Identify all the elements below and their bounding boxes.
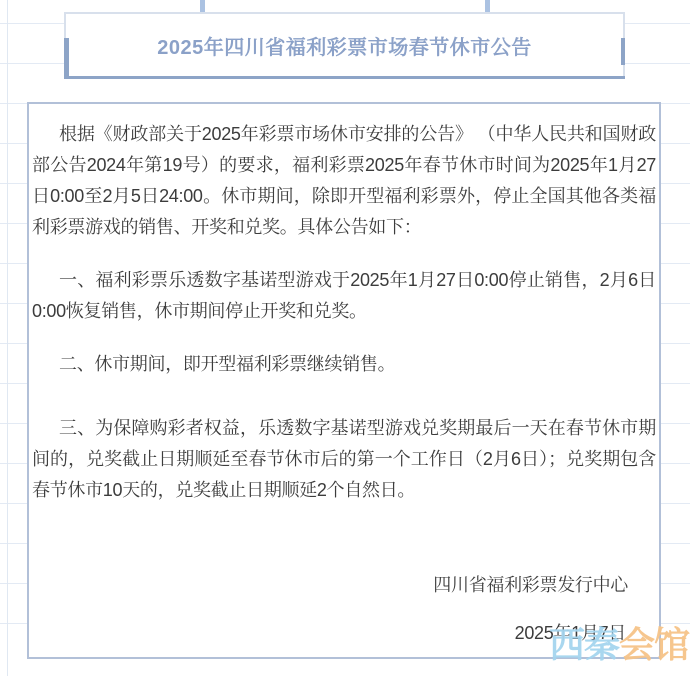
announcement-body: 根据《财政部关于2025年彩票市场休市安排的公告》 （中华人民共和国财政部公告2… [27, 102, 661, 659]
background-vertical-line [7, 0, 8, 676]
title-box-bottom-accent [64, 76, 625, 79]
watermark-part-orange: 会馆 [619, 624, 689, 665]
title-box-left-accent [64, 38, 69, 79]
announcement-page: 2025年四川省福利彩票市场春节休市公告 根据《财政部关于2025年彩票市场休市… [0, 0, 690, 676]
issuer-signature: 四川省福利彩票发行中心 [32, 570, 656, 601]
paragraph-item-3: 三、为保障购彩者权益，乐透数字基诺型游戏兑奖期最后一天在春节休市期间的，兑奖截止… [32, 413, 656, 506]
site-watermark: 西秦会馆 [549, 617, 689, 668]
paragraph-intro: 根据《财政部关于2025年彩票市场休市安排的公告》 （中华人民共和国财政部公告2… [32, 119, 656, 243]
announcement-title-box: 2025年四川省福利彩票市场春节休市公告 [64, 12, 625, 79]
paragraph-item-2: 二、休市期间，即开型福利彩票继续销售。 [32, 349, 656, 380]
paragraph-item-1: 一、福利彩票乐透数字基诺型游戏于2025年1月27日0:00停止销售，2月6日0… [32, 265, 656, 327]
watermark-part-blue: 西秦 [549, 624, 619, 665]
title-box-right-accent [621, 38, 625, 65]
page-title: 2025年四川省福利彩票市场春节休市公告 [157, 31, 532, 60]
